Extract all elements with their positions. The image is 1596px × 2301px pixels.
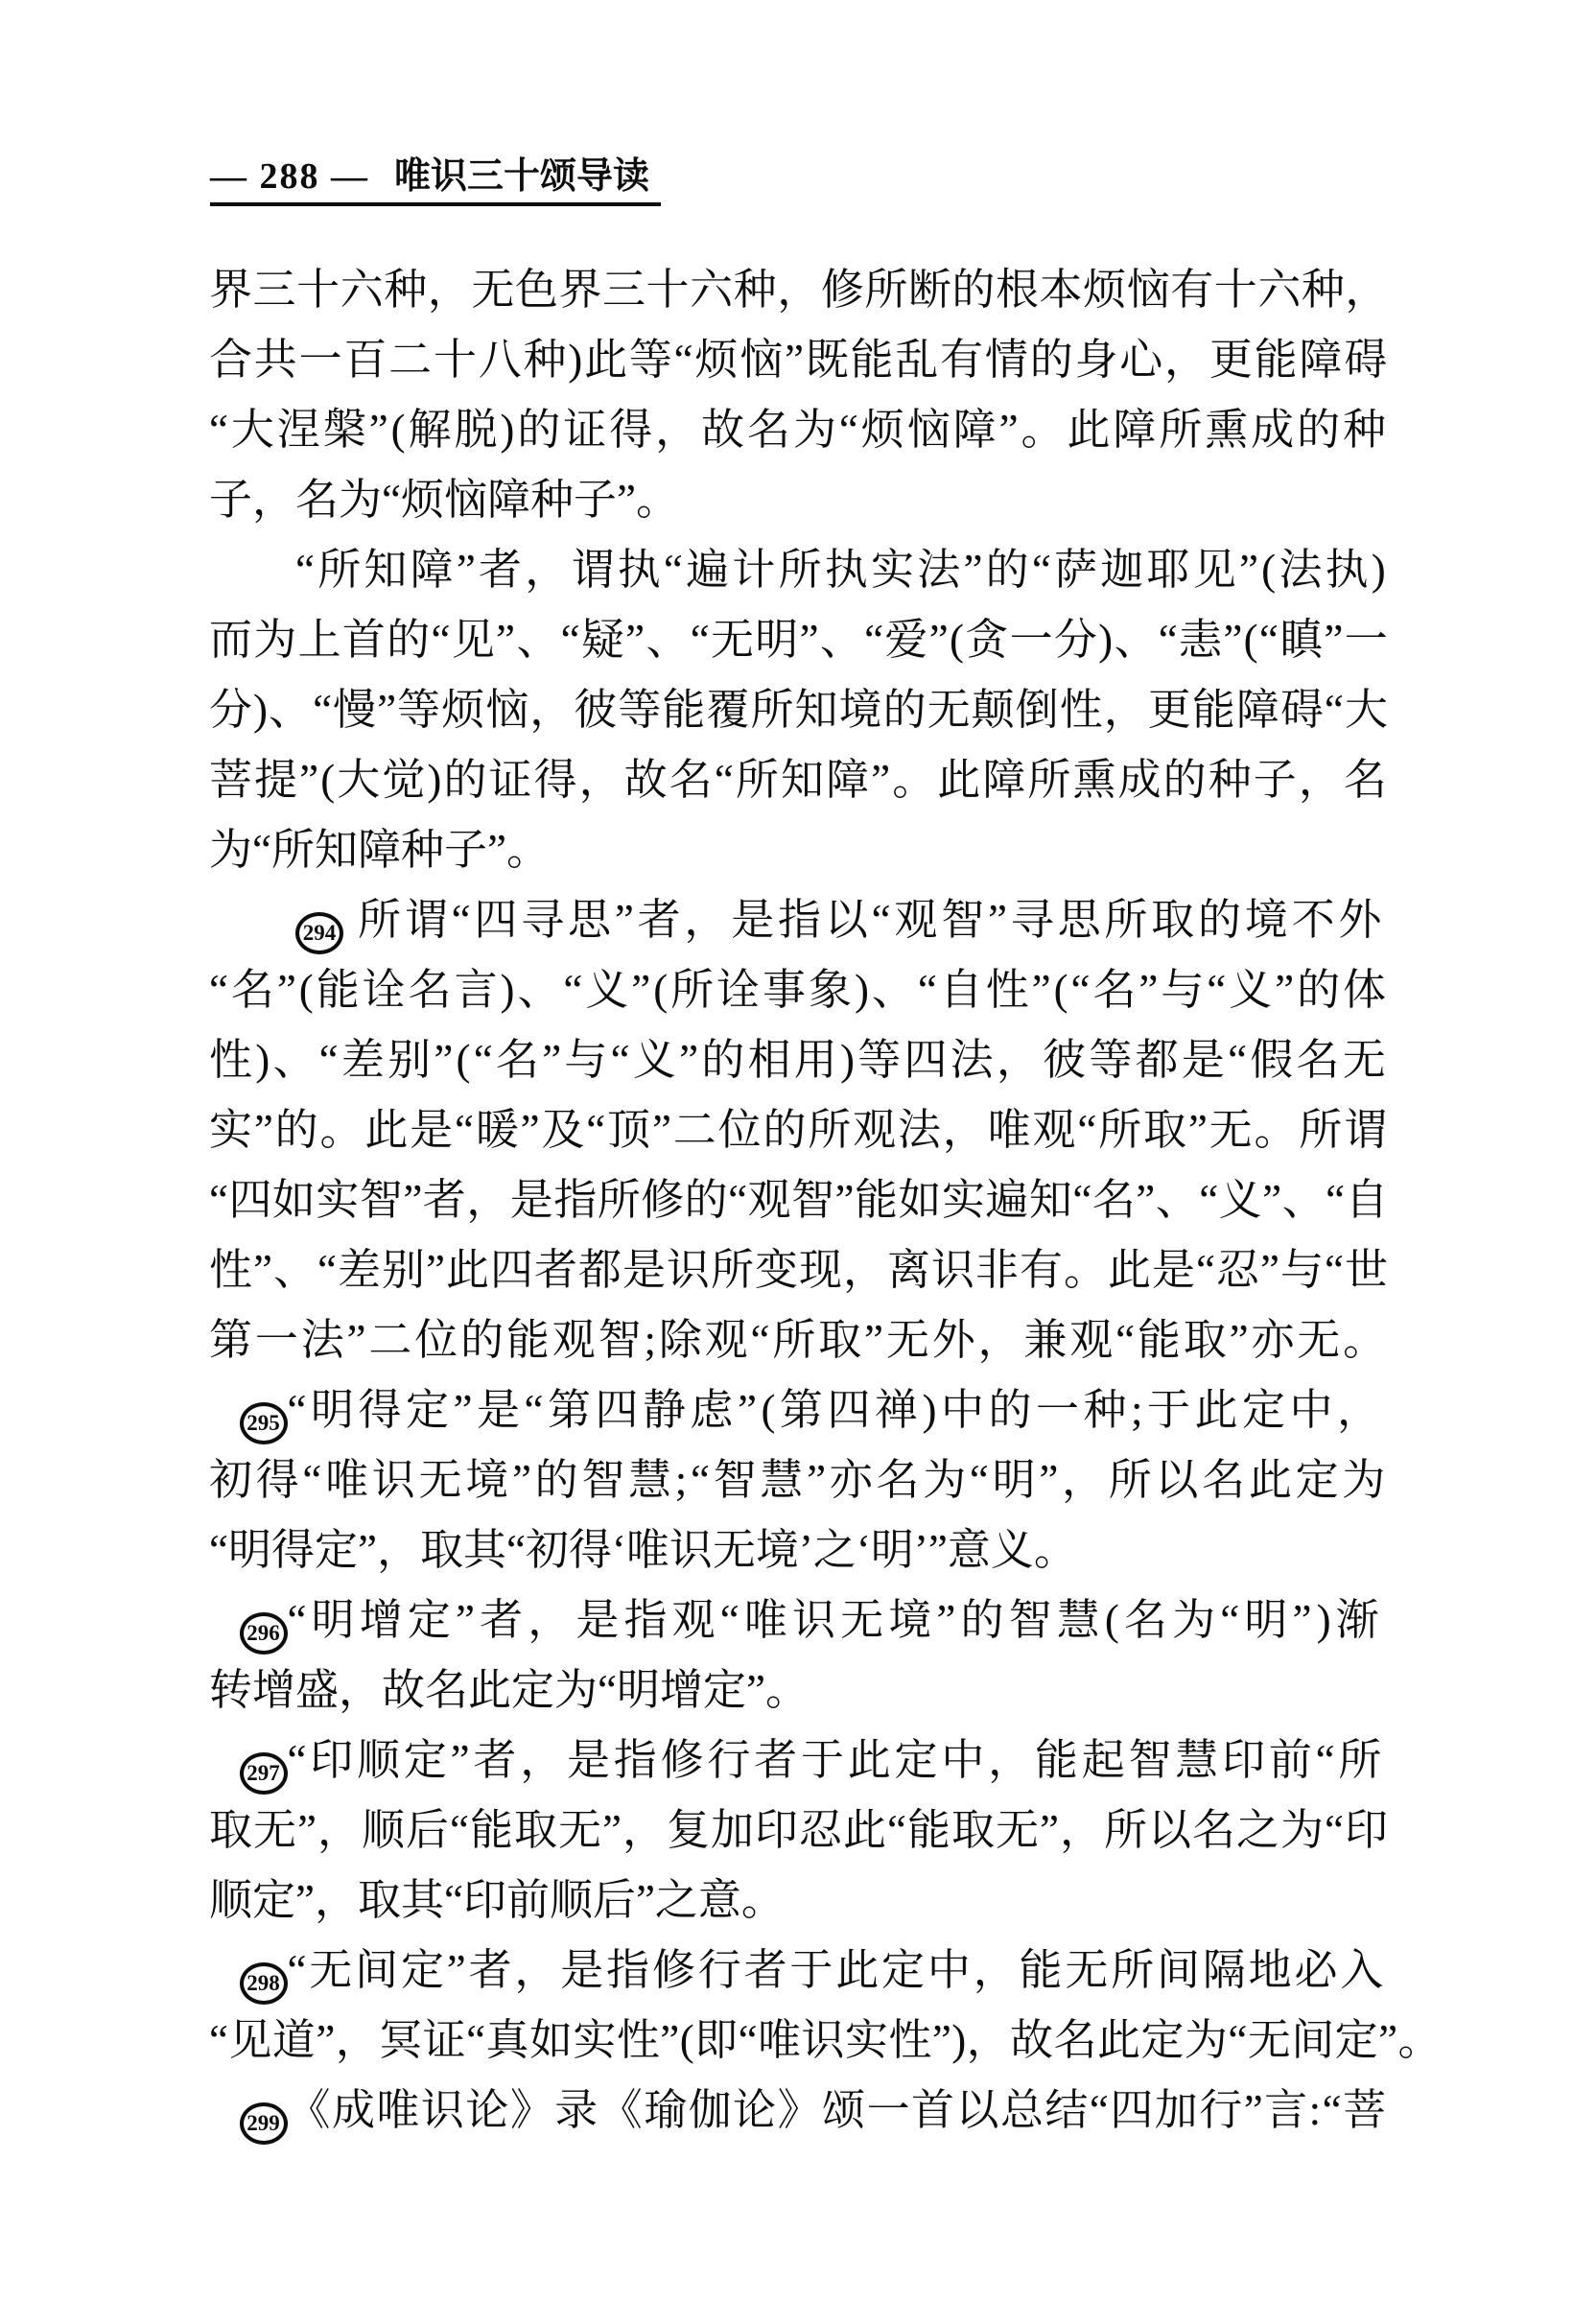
line-text: “无间定”者，是指修行者于此定中，能无所间隔地必入 xyxy=(288,1946,1387,1994)
line-text: 转增盛，故名此定为“明增定”。 xyxy=(209,1666,809,1714)
text-line: 转增盛，故名此定为“明增定”。 xyxy=(209,1655,1389,1726)
note-number-badge: 295 xyxy=(240,1402,288,1444)
text-line: 界三十六种，无色界三十六种，修所断的根本烦恼有十六种， xyxy=(209,255,1389,325)
line-text: “大涅槃”(解脱)的证得，故名为“烦恼障”。此障所熏成的种 xyxy=(209,406,1389,454)
text-line: 294 所谓“四寻思”者，是指以“观智”寻思所取的境不外 xyxy=(209,885,1389,955)
line-text: 界三十六种，无色界三十六种，修所断的根本烦恼有十六种， xyxy=(209,266,1389,314)
line-text: “明得定”，取其“初得‘唯识无境’之‘明’”意义。 xyxy=(209,1526,1077,1574)
note-number-badge: 298 xyxy=(240,1962,288,2005)
text-line: 性)、“差别”(“名”与“义”的相用)等四法，彼等都是“假名无 xyxy=(209,1025,1389,1095)
line-text: 取无”，顺后“能取无”，复加印忍此“能取无”，所以名之为“印 xyxy=(209,1806,1389,1854)
text-line: 合共一百二十八种)此等“烦恼”既能乱有情的身心，更能障碍 xyxy=(209,325,1389,395)
text-line: 而为上首的“见”、“疑”、“无明”、“爱”(贪一分)、“恚”(“瞋”一 xyxy=(209,605,1389,675)
line-text: 为“所知障种子”。 xyxy=(209,826,550,874)
line-text: “见道”，冥证“真如实性”(即“唯识实性”)，故名此定为“无间定”。 xyxy=(209,2016,1442,2064)
text-line: “四如实智”者，是指所修的“观智”能如实遍知“名”、“义”、“自 xyxy=(209,1165,1389,1235)
text-line: 297“印顺定”者，是指修行者于此定中，能起智慧印前“所 xyxy=(209,1726,1389,1796)
text-line: 298“无间定”者，是指修行者于此定中，能无所间隔地必入 xyxy=(209,1936,1389,2006)
line-text: 初得“唯识无境”的智慧;“智慧”亦名为“明”，所以名此定为 xyxy=(209,1456,1389,1504)
note-number-badge: 299 xyxy=(240,2102,288,2145)
text-line: “名”(能诠名言)、“义”(所诠事象)、“自性”(“名”与“义”的体 xyxy=(209,955,1389,1025)
text-line: 性”、“差别”此四者都是识所变现，离识非有。此是“忍”与“世 xyxy=(209,1235,1389,1305)
text-line: “大涅槃”(解脱)的证得，故名为“烦恼障”。此障所熏成的种 xyxy=(209,395,1389,465)
line-text: “印顺定”者，是指修行者于此定中，能起智慧印前“所 xyxy=(288,1736,1386,1784)
note-number-badge: 296 xyxy=(240,1612,288,1655)
text-line: 295“明得定”是“第四静虑”(第四禅)中的一种;于此定中， xyxy=(209,1375,1389,1445)
line-text: 所谓“四寻思”者，是指以“观智”寻思所取的境不外 xyxy=(343,896,1385,944)
text-line: 为“所知障种子”。 xyxy=(209,815,1389,885)
line-text: 性)、“差别”(“名”与“义”的相用)等四法，彼等都是“假名无 xyxy=(209,1036,1389,1084)
note-number-badge: 297 xyxy=(240,1752,288,1795)
line-text: “明得定”是“第四静虑”(第四禅)中的一种;于此定中， xyxy=(288,1386,1385,1434)
header-rule xyxy=(210,202,661,206)
page-header: — 288 —唯识三十颂导读 xyxy=(210,146,649,199)
line-text: “名”(能诠名言)、“义”(所诠事象)、“自性”(“名”与“义”的体 xyxy=(209,966,1389,1014)
line-text: 分)、“慢”等烦恼，彼等能覆所知境的无颠倒性，更能障碍“大 xyxy=(209,686,1389,734)
line-text: 菩提”(大觉)的证得，故名“所知障”。此障所熏成的种子，名 xyxy=(209,756,1389,804)
text-line: 子，名为“烦恼障种子”。 xyxy=(209,465,1389,535)
line-text: “所知障”者，谓执“遍计所执实法”的“萨迦耶见”(法执) xyxy=(295,546,1389,594)
book-page: — 288 —唯识三十颂导读 界三十六种，无色界三十六种，修所断的根本烦恼有十六… xyxy=(0,0,1596,2301)
text-line: “所知障”者，谓执“遍计所执实法”的“萨迦耶见”(法执) xyxy=(209,535,1389,605)
book-title: 唯识三十颂导读 xyxy=(394,156,649,197)
line-text: 而为上首的“见”、“疑”、“无明”、“爱”(贪一分)、“恚”(“瞋”一 xyxy=(209,616,1389,664)
text-line: 菩提”(大觉)的证得，故名“所知障”。此障所熏成的种子，名 xyxy=(209,745,1389,815)
line-text: 实”的。此是“暖”及“顶”二位的所观法，唯观“所取”无。所谓 xyxy=(209,1106,1389,1154)
text-line: 初得“唯识无境”的智慧;“智慧”亦名为“明”，所以名此定为 xyxy=(209,1445,1389,1515)
line-text: 合共一百二十八种)此等“烦恼”既能乱有情的身心，更能障碍 xyxy=(209,336,1389,384)
line-text: 性”、“差别”此四者都是识所变现，离识非有。此是“忍”与“世 xyxy=(209,1246,1389,1294)
text-line: 分)、“慢”等烦恼，彼等能覆所知境的无颠倒性，更能障碍“大 xyxy=(209,675,1389,745)
note-number-badge: 294 xyxy=(295,912,343,954)
page-number: — 288 — xyxy=(210,156,369,197)
line-text: “明增定”者，是指观“唯识无境”的智慧(名为“明”)渐 xyxy=(288,1596,1384,1644)
text-line: 顺定”，取其“印前顺后”之意。 xyxy=(209,1866,1389,1936)
text-line: 取无”，顺后“能取无”，复加印忍此“能取无”，所以名之为“印 xyxy=(209,1796,1389,1866)
text-line: 299《成唯识论》录《瑜伽论》颂一首以总结“四加行”言:“菩 xyxy=(209,2076,1389,2146)
line-text: 顺定”，取其“印前顺后”之意。 xyxy=(209,1876,785,1924)
text-line: “明得定”，取其“初得‘唯识无境’之‘明’”意义。 xyxy=(209,1515,1389,1585)
line-text: 子，名为“烦恼障种子”。 xyxy=(209,476,679,524)
text-line: “见道”，冥证“真如实性”(即“唯识实性”)，故名此定为“无间定”。 xyxy=(209,2006,1389,2076)
text-line: 296“明增定”者，是指观“唯识无境”的智慧(名为“明”)渐 xyxy=(209,1585,1389,1655)
page-text: 界三十六种，无色界三十六种，修所断的根本烦恼有十六种，合共一百二十八种)此等“烦… xyxy=(209,255,1389,2146)
line-text: 《成唯识论》录《瑜伽论》颂一首以总结“四加行”言:“菩 xyxy=(288,2086,1388,2134)
line-text: 第一法”二位的能观智;除观“所取”无外，兼观“能取”亦无。 xyxy=(209,1316,1389,1364)
line-text: “四如实智”者，是指所修的“观智”能如实遍知“名”、“义”、“自 xyxy=(209,1176,1389,1224)
text-line: 实”的。此是“暖”及“顶”二位的所观法，唯观“所取”无。所谓 xyxy=(209,1095,1389,1165)
text-line: 第一法”二位的能观智;除观“所取”无外，兼观“能取”亦无。 xyxy=(209,1305,1389,1375)
